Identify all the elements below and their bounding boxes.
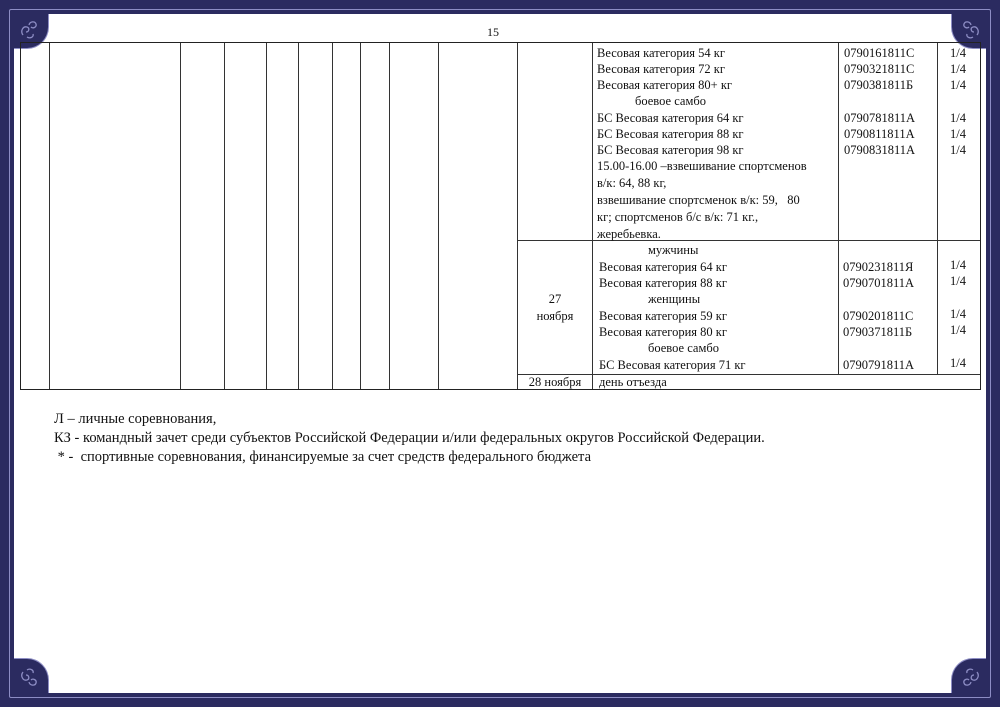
event-code: 0790781811А bbox=[844, 110, 915, 126]
program-value: 1/4 bbox=[950, 110, 966, 126]
row-divider bbox=[517, 240, 980, 241]
event-name: Весовая категория 72 кг bbox=[597, 61, 725, 77]
legend-line: Л – личные соревнования, bbox=[54, 410, 765, 429]
event-code: 0790701811А bbox=[843, 275, 914, 291]
event-name: Весовая категория 64 кг bbox=[599, 259, 727, 275]
weigh-in-note: в/к: 64, 88 кг, bbox=[597, 175, 666, 191]
flourish-icon bbox=[17, 17, 43, 43]
flourish-icon bbox=[957, 664, 983, 690]
weigh-in-note: жеребьевка. bbox=[597, 226, 661, 242]
event-name: БС Весовая категория 98 кг bbox=[597, 142, 744, 158]
page-number: 15 bbox=[470, 25, 516, 40]
schedule-table: Весовая категория 54 кг Весовая категори… bbox=[20, 42, 981, 390]
date-month: ноября bbox=[518, 308, 592, 324]
section-heading: женщины bbox=[648, 291, 700, 307]
event-name: Весовая категория 80+ кг bbox=[597, 77, 732, 93]
event-name: Весовая категория 59 кг bbox=[599, 308, 727, 324]
column-divider bbox=[298, 43, 299, 389]
flourish-icon bbox=[17, 664, 43, 690]
weigh-in-note: взвешивание спортсменок в/к: 59, 80 bbox=[597, 192, 800, 208]
column-divider bbox=[592, 43, 593, 389]
event-name: БС Весовая категория 88 кг bbox=[597, 126, 744, 142]
column-divider bbox=[517, 43, 518, 389]
event-code: 0790831811А bbox=[844, 142, 915, 158]
event-code: 0790201811С bbox=[843, 308, 913, 324]
legend-line: * - спортивные соревнования, финансируем… bbox=[54, 448, 765, 467]
event-code: 0790161811С bbox=[844, 45, 914, 61]
program-value: 1/4 bbox=[950, 306, 966, 322]
event-code: 0790321811С bbox=[844, 61, 914, 77]
event-name: БС Весовая категория 64 кг bbox=[597, 110, 744, 126]
legend-notes: Л – личные соревнования, КЗ - командный … bbox=[54, 410, 765, 467]
program-value: 1/4 bbox=[950, 322, 966, 338]
event-code: 0790371811Б bbox=[843, 324, 912, 340]
event-code: 0790811811А bbox=[844, 126, 915, 142]
program-value: 1/4 bbox=[950, 77, 966, 93]
program-value: 1/4 bbox=[950, 45, 966, 61]
legend-line: КЗ - командный зачет среди субъектов Рос… bbox=[54, 429, 765, 448]
event-name: БС Весовая категория 71 кг bbox=[599, 357, 746, 373]
weigh-in-note: кг; спортсменов б/с в/к: 71 кг., bbox=[597, 209, 758, 225]
column-divider bbox=[266, 43, 267, 389]
event-name: Весовая категория 54 кг bbox=[597, 45, 725, 61]
program-value: 1/4 bbox=[950, 126, 966, 142]
section-heading: мужчины bbox=[648, 242, 698, 258]
column-divider bbox=[438, 43, 439, 389]
program-value: 1/4 bbox=[950, 257, 966, 273]
column-divider bbox=[224, 43, 225, 389]
column-divider bbox=[389, 43, 390, 389]
column-divider bbox=[180, 43, 181, 389]
program-value: 1/4 bbox=[950, 273, 966, 289]
program-value: 1/4 bbox=[950, 61, 966, 77]
column-divider bbox=[49, 43, 50, 389]
event-name: Весовая категория 80 кг bbox=[599, 324, 727, 340]
column-divider bbox=[332, 43, 333, 389]
section-heading: боевое самбо bbox=[635, 93, 706, 109]
section-heading: боевое самбо bbox=[648, 340, 719, 356]
departure-date: 28 ноября bbox=[518, 374, 592, 390]
event-code: 0790231811Я bbox=[843, 259, 913, 275]
event-name: Весовая категория 88 кг bbox=[599, 275, 727, 291]
column-divider bbox=[360, 43, 361, 389]
column-divider bbox=[838, 43, 839, 375]
event-code: 0790381811Б bbox=[844, 77, 913, 93]
program-value: 1/4 bbox=[950, 355, 966, 371]
flourish-icon bbox=[957, 17, 983, 43]
column-divider bbox=[937, 43, 938, 375]
program-value: 1/4 bbox=[950, 142, 966, 158]
date-day: 27 bbox=[518, 291, 592, 307]
corner-ornament-bottom-right bbox=[951, 658, 986, 693]
departure-event: день отъезда bbox=[599, 374, 667, 390]
event-code: 0790791811А bbox=[843, 357, 914, 373]
weigh-in-note: 15.00-16.00 –взвешивание спортсменов bbox=[597, 158, 843, 174]
